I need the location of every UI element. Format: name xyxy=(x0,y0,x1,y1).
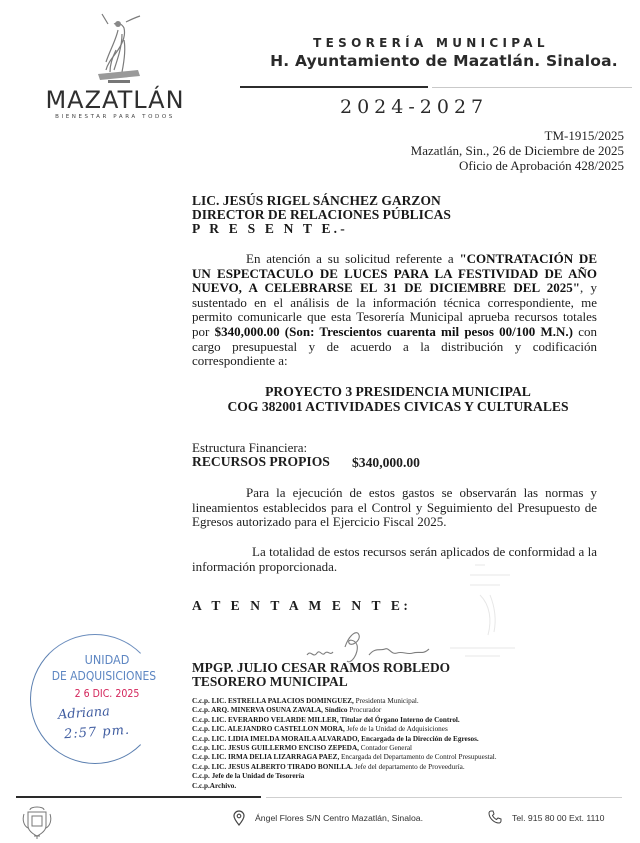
coat-of-arms-icon xyxy=(20,802,54,840)
cc-role: Encargada del Departamento de Control Pr… xyxy=(339,753,496,761)
statue-icon xyxy=(88,10,148,86)
cc-name: LIC. ALEJANDRO CASTELLON MORA, xyxy=(212,725,345,733)
cc-prefix: C.c.p. xyxy=(192,706,211,714)
department-heading: TESORERÍA MUNICIPAL xyxy=(300,36,562,50)
salutation: P R E S E N T E.- xyxy=(192,221,348,237)
cc-prefix: C.c.p. xyxy=(192,735,212,743)
folio-number: TM-1915/2025 xyxy=(545,128,624,144)
cc-role: Encargada de la Dirección de Egresos. xyxy=(359,735,478,743)
p1-intro: En atención a su solicitud referente a xyxy=(246,251,459,266)
approval-number: Oficio de Aprobación 428/2025 xyxy=(459,158,624,174)
cc-prefix: C.c.p. xyxy=(192,782,210,790)
cc-prefix: C.c.p. xyxy=(192,716,212,724)
cc-entry: C.c.p. LIC. JESUS ALBERTO TIRADO BONILLA… xyxy=(192,763,497,772)
cc-name: LIC. EVERARDO VELARDE MILLER, xyxy=(212,716,339,724)
cc-name: ARQ. MINERVA OSUNA ZAVALA, Síndico xyxy=(211,706,347,714)
cc-role: Jefe del departamento de Proveeduría. xyxy=(353,763,465,771)
stamp-date: 2 6 DIC. 2025 xyxy=(67,688,148,700)
p2-text: Para la ejecución de estos gastos se obs… xyxy=(192,485,597,529)
header-divider-light xyxy=(432,87,632,88)
cc-entry: C.c.p. ARQ. MINERVA OSUNA ZAVALA, Síndic… xyxy=(192,706,497,715)
p1-amount: $340,000.00 (Son: Trescientos cuarenta m… xyxy=(215,324,573,339)
administration-period: 2024-2027 xyxy=(340,96,540,118)
cc-entry: C.c.p.Archivo. xyxy=(192,782,497,791)
project-line-2: COG 382001 ACTIVIDADES CIVICAS Y CULTURA… xyxy=(192,399,604,415)
cc-role: Procurador xyxy=(348,706,382,714)
cc-entry: C.c.p. LIC. ALEJANDRO CASTELLON MORA, Je… xyxy=(192,725,497,734)
phone-icon xyxy=(488,810,502,824)
cc-entry: C.c.p. LIC. EVERARDO VELARDE MILLER, Tit… xyxy=(192,716,497,725)
stamp-department-line: DE ADQUISICIONES xyxy=(52,668,147,683)
signer-title: TESORERO MUNICIPAL xyxy=(192,674,348,690)
financial-source: RECURSOS PROPIOS xyxy=(192,454,330,470)
cc-prefix: C.c.p. xyxy=(192,763,212,771)
cc-name: Jefe de la Unidad de Tesorería xyxy=(212,772,305,780)
cc-entry: C.c.p. LIC. IRMA DELIA LIZARRAGA PAEZ, E… xyxy=(192,753,497,762)
cc-name: LIC. ESTRELLA PALACIOS DOMINGUEZ, xyxy=(212,697,354,705)
closing-phrase: A T E N T A M E N T E: xyxy=(192,598,412,614)
body-paragraph-2: Para la ejecución de estos gastos se obs… xyxy=(192,486,597,530)
body-paragraph-1: En atención a su solicitud referente a "… xyxy=(192,252,597,369)
cc-entry: C.c.p. LIC. JESUS GUILLERMO ENCISO ZEPED… xyxy=(192,744,497,753)
cc-name: LIC. LIDIA IMELDA MORAILA ALVARADO, xyxy=(212,735,360,743)
cc-name: LIC. JESUS GUILLERMO ENCISO ZEPEDA, xyxy=(212,744,359,752)
logo-wordmark: MAZATLÁN xyxy=(40,86,190,114)
cc-entry: C.c.p. LIC. ESTRELLA PALACIOS DOMINGUEZ,… xyxy=(192,697,497,706)
cc-prefix: C.c.p. xyxy=(192,753,212,761)
cc-prefix: C.c.p. xyxy=(192,772,212,780)
footer-divider-light xyxy=(266,797,622,798)
location-pin-icon xyxy=(232,810,246,826)
cc-role: Jefe de la Unidad de Adquisiciones xyxy=(345,725,448,733)
cc-prefix: C.c.p. xyxy=(192,725,212,733)
cc-role: Presidenta Municipal. xyxy=(354,697,419,705)
logo-tagline: BIENESTAR PARA TODOS xyxy=(40,114,190,120)
cc-prefix: C.c.p. xyxy=(192,744,212,752)
place-date: Mazatlán, Sin., 26 de Diciembre de 2025 xyxy=(411,143,624,159)
financial-amount: $340,000.00 xyxy=(352,455,420,471)
cc-list: C.c.p. LIC. ESTRELLA PALACIOS DOMINGUEZ,… xyxy=(192,697,497,791)
cc-name: LIC. JESUS ALBERTO TIRADO BONILLA. xyxy=(212,763,353,771)
cc-name: Archivo. xyxy=(210,782,236,790)
institution-heading: H. Ayuntamiento de Mazatlán. Sinaloa. xyxy=(254,52,634,70)
footer-phone: Tel. 915 80 00 Ext. 1110 xyxy=(512,813,604,823)
footer-address: Ángel Flores S/N Centro Mazatlán, Sinalo… xyxy=(255,813,423,823)
header-divider xyxy=(240,86,428,88)
project-line-1: PROYECTO 3 PRESIDENCIA MUNICIPAL xyxy=(192,384,604,400)
cc-role: Contador General xyxy=(359,744,412,752)
stamp-unit-line: UNIDAD xyxy=(67,652,148,667)
cc-entry: C.c.p. LIC. LIDIA IMELDA MORAILA ALVARAD… xyxy=(192,735,497,744)
cc-entry: C.c.p. Jefe de la Unidad de Tesorería xyxy=(192,772,497,781)
cc-prefix: C.c.p. xyxy=(192,697,212,705)
cc-role: Titular del Órgano Interno de Control. xyxy=(339,716,460,724)
footer-divider xyxy=(16,796,261,798)
cc-name: LIC. IRMA DELIA LIZARRAGA PAEZ, xyxy=(212,753,340,761)
